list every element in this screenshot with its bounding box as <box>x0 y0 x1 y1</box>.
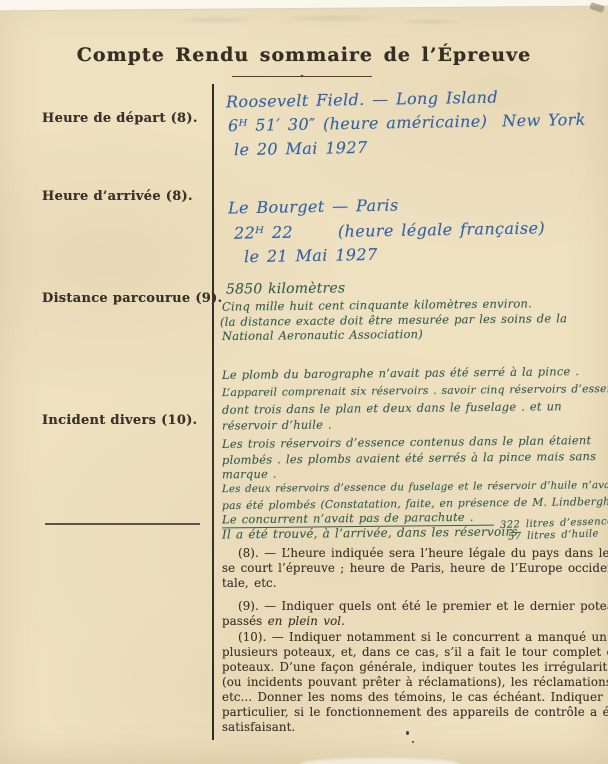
scan-edge-bottom <box>300 758 460 764</box>
handwritten-incident-line: Les trois réservoirs d’essence contenus … <box>222 433 591 451</box>
margin-line <box>45 523 200 525</box>
handwritten-departure-date: le 20 Mai 1927 <box>234 138 368 159</box>
footnote-10-line: (10). — Indiquer notamment si le concurr… <box>222 630 608 644</box>
handwritten-arrival-date: le 21 Mai 1927 <box>244 245 378 266</box>
ink-speck <box>412 741 414 743</box>
footnote-8-line: se court l’épreuve ; heure de Paris, heu… <box>222 561 608 575</box>
scan-edge-top <box>0 0 608 11</box>
footnote-10-line: etc... Donner les noms des témoins, le c… <box>222 690 608 704</box>
handwritten-incident-line: plombés . les plombs avaient été serrés … <box>222 449 596 467</box>
handwritten-distance-value: 5850 kilomètres <box>226 280 345 297</box>
handwritten-distance-note-1: (la distance exacte doit être mesurée pa… <box>220 311 567 329</box>
handwritten-arrival-time: 22ᴴ 22 (heure légale française) <box>234 218 545 242</box>
handwritten-departure-time: 6ᴴ 51′ 30″ (heure américaine) New York <box>228 110 586 135</box>
handwritten-incident-line: Les deux réservoirs d’essence du fuselag… <box>222 480 608 495</box>
handwritten-incident-line: L’appareil comprenait six réservoirs . s… <box>222 382 608 399</box>
footnote-9-line: (9). — Indiquer quels ont été le premier… <box>222 599 608 613</box>
footnote-10-line: poteaux. D’une façon générale, indiquer … <box>222 660 608 674</box>
handwritten-incident-line: marque . <box>222 467 277 482</box>
handwritten-departure-place: Roosevelt Field. — Long Island <box>226 88 498 112</box>
bleedthrough-marks <box>150 12 480 28</box>
handwritten-oil-found: 57 litres d’huile <box>508 528 599 542</box>
footnote-10-line: particulier, si le fonctionnement des ap… <box>222 705 608 719</box>
footnote-9-italic-text: en plein vol. <box>268 614 345 628</box>
field-label-departure: Heure de départ (8). <box>42 111 198 126</box>
footnote-10-line: (ou incidents pouvant prêter à réclamati… <box>222 675 608 689</box>
handwritten-arrival-place: Le Bourget — Paris <box>228 196 399 218</box>
title-rule <box>232 76 372 77</box>
handwritten-distance-note-2: National Aeronautic Association) <box>222 327 423 343</box>
footnote-8-line: (8). — L’heure indiquée sera l’heure lég… <box>222 546 608 560</box>
ink-speck <box>406 731 409 735</box>
footnote-9-line: passés en plein vol. <box>222 614 345 628</box>
handwritten-found-in-tanks-line: Il a été trouvé, à l’arrivée, dans les r… <box>222 524 518 541</box>
footnote-10-line: satisfaisant. <box>222 720 295 734</box>
field-label-arrival: Heure d’arrivée (8). <box>42 189 193 204</box>
field-label-incidents: Incident divers (10). <box>42 413 198 428</box>
handwritten-incident-line: dont trois dans le plan et deux dans le … <box>222 399 562 417</box>
footnote-9-text: passés <box>222 614 268 628</box>
footnote-8-line: tale, etc. <box>222 576 277 590</box>
field-label-distance: Distance parcourue (9). <box>42 291 222 306</box>
handwritten-incident-line: Le plomb du barographe n’avait pas été s… <box>222 364 579 382</box>
handwritten-incident-line: réservoir d’huile . <box>222 417 332 432</box>
document-title: Compte Rendu sommaire de l’Épreuve <box>77 44 532 66</box>
document-page: Compte Rendu sommaire de l’Épreuve Heure… <box>0 0 608 764</box>
vertical-divider <box>212 84 214 740</box>
footnote-10-line: plusieurs poteaux, et, dans ce cas, s’il… <box>222 645 608 659</box>
